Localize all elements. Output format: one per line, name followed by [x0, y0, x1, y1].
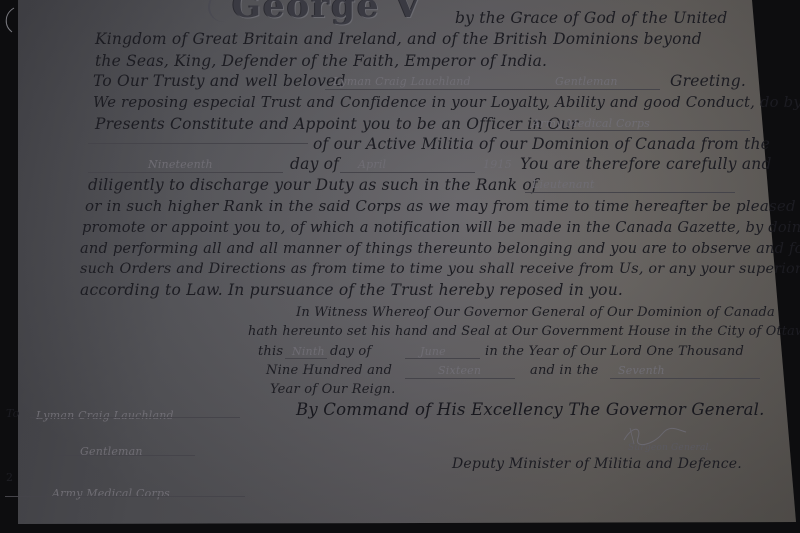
fill-rule — [610, 378, 760, 379]
fill-rule — [30, 417, 240, 418]
margin-number: 2 — [6, 471, 13, 484]
text-line: promote or appoint you to, of which a no… — [82, 219, 800, 236]
fill-rule — [325, 89, 660, 90]
margin-name: Lyman Craig Lauchland — [36, 409, 174, 422]
text-line: by the Grace of God of the United — [455, 9, 728, 27]
handwritten-corps: Army Medical Corps — [532, 117, 650, 130]
text-line: the Seas, King, Defender of the Faith, E… — [95, 52, 547, 70]
handwritten-signed-month: June — [420, 345, 446, 358]
text-line: according to Law. In pursuance of the Tr… — [80, 281, 623, 299]
text-line: Greeting. — [670, 72, 746, 90]
text-line: Presents Constitute and Appoint you to b… — [95, 115, 578, 133]
left-edge-mark — [0, 0, 18, 60]
text-line: In Witness Whereof Our Governor General … — [296, 305, 775, 320]
text-line: hath hereunto set his hand and Seal at O… — [248, 324, 800, 339]
text-line: Deputy Minister of Militia and Defence. — [452, 456, 742, 472]
text-line: Nine Hundred and — [266, 363, 392, 378]
text-line: Year of Our Reign. — [270, 382, 395, 397]
fill-rule — [88, 172, 283, 173]
text-line: and in the — [530, 363, 599, 378]
margin-title: Gentleman — [80, 445, 143, 458]
signatory-title: Surgeon General. — [628, 443, 712, 453]
document-title: George V — [232, 0, 423, 26]
text-line: You are therefore carefully and — [520, 155, 772, 173]
handwritten-name: Lyman Craig Lauchland — [333, 75, 471, 88]
text-line: Kingdom of Great Britain and Ireland, an… — [95, 30, 702, 48]
handwritten-title: Gentleman — [555, 75, 618, 88]
fill-rule — [5, 496, 245, 497]
handwritten-from-month: April — [358, 158, 386, 171]
margin-to-label: To — [6, 407, 20, 420]
text-line: this — [258, 344, 283, 359]
handwritten-from-year: 1915 — [483, 158, 512, 171]
text-line: To Our Trusty and well beloved — [93, 72, 346, 90]
text-line: in the Year of Our Lord One Thousand — [485, 344, 744, 359]
text-line: day of — [290, 155, 339, 173]
fill-rule — [405, 378, 515, 379]
text-line: of our Active Militia of our Dominion of… — [313, 135, 770, 153]
handwritten-signed-year: Sixteen — [438, 364, 481, 377]
text-line: diligently to discharge your Duty as suc… — [88, 176, 538, 194]
fill-rule — [55, 455, 195, 456]
text-line: We reposing especial Trust and Confidenc… — [93, 94, 800, 111]
handwritten-signed-day: Ninth — [292, 345, 325, 358]
command-line: By Command of His Excellency The Governo… — [296, 400, 765, 419]
fill-rule — [88, 143, 308, 144]
handwritten-rank: Lieutenant — [532, 178, 595, 191]
handwritten-from-day: Nineteenth — [148, 158, 213, 171]
fill-rule — [405, 358, 480, 359]
fill-rule — [510, 130, 750, 131]
fill-rule — [340, 172, 475, 173]
text-line: and performing all and all manner of thi… — [80, 240, 800, 257]
margin-corps: Army Medical Corps — [52, 487, 170, 500]
fill-rule — [285, 358, 327, 359]
text-line: or in such higher Rank in the said Corps… — [85, 197, 800, 215]
text-line: such Orders and Directions as from time … — [80, 261, 800, 277]
fill-rule — [525, 192, 735, 193]
handwritten-reign-year: Seventh — [618, 364, 665, 377]
text-line: day of — [330, 344, 371, 359]
